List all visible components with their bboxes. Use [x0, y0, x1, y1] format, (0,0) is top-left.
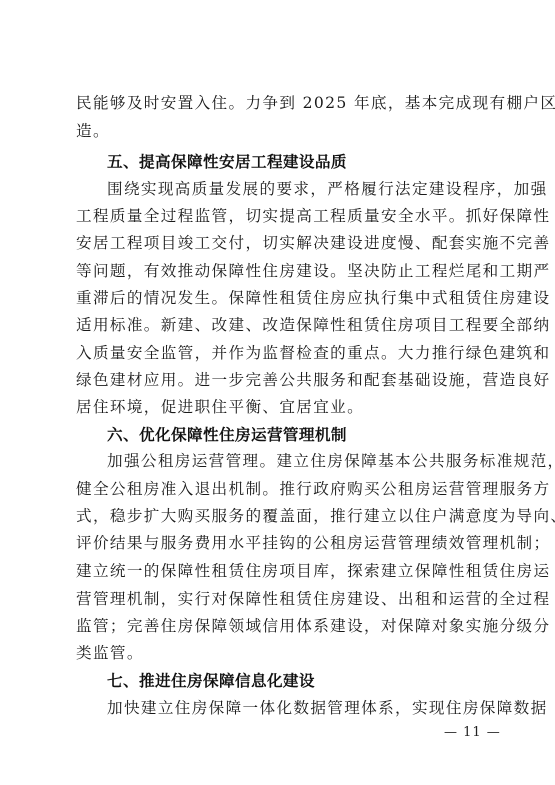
paragraph-line: 适用标准。新建、改建、改造保障性租赁住房项目工程要全部纳 [76, 315, 489, 335]
section-heading-7: 七、推进住房保障信息化建设 [107, 671, 315, 691]
section-heading-5: 五、提高保障性安居工程建设品质 [107, 152, 347, 172]
paragraph-line: 营管理机制，实行对保障性租赁住房建设、出租和运营的全过程 [76, 589, 489, 609]
paragraph-line: 加快建立住房保障一体化数据管理体系，实现住房保障数据 [107, 698, 489, 718]
paragraph-line: 健全公租房准入退出机制。推行政府购买公租房运营管理服务方 [76, 479, 489, 499]
paragraph-line: 建立统一的保障性租赁住房项目库，探索建立保障性租赁住房运 [76, 561, 489, 581]
paragraph-line: 监管；完善住房保障领域信用体系建设，对保障对象实施分级分 [76, 616, 489, 636]
paragraph-line: 入质量安全监管，并作为监督检查的重点。大力推行绿色建筑和 [76, 343, 489, 363]
paragraph-line: 工程质量全过程监管，切实提高工程质量安全水平。抓好保障性 [76, 206, 489, 226]
paragraph-line: 居住环境，促进职住平衡、宜居宜业。 [76, 397, 489, 417]
paragraph-line: 加强公租房运营管理。建立住房保障基本公共服务标准规范， [107, 451, 489, 471]
paragraph-line: 评价结果与服务费用水平挂钩的公租房运营管理绩效管理机制； [76, 533, 489, 553]
paragraph-line: 围绕实现高质量发展的要求，严格履行法定建设程序，加强 [107, 179, 489, 199]
paragraph-line: 绿色建材应用。进一步完善公共服务和配套基础设施，营造良好 [76, 370, 489, 390]
document-page: 民能够及时安置入住。力争到 2025 年底，基本完成现有棚户区改 造。 五、提高… [0, 0, 555, 785]
paragraph-line: 重滞后的情况发生。保障性租赁住房应执行集中式租赁住房建设 [76, 288, 489, 308]
paragraph-line: 类监管。 [76, 643, 489, 663]
page-number: — 11 — [444, 723, 501, 743]
paragraph-line: 等问题，有效推动保障性住房建设。坚决防止工程烂尾和工期严 [76, 261, 489, 281]
paragraph-line: 民能够及时安置入住。力争到 2025 年底，基本完成现有棚户区改 [76, 93, 489, 113]
section-heading-6: 六、优化保障性住房运营管理机制 [107, 425, 347, 445]
paragraph-line: 式，稳步扩大购买服务的覆盖面，推行建立以住户满意度为导向、 [76, 506, 489, 526]
paragraph-line: 造。 [76, 121, 489, 141]
paragraph-line: 安居工程项目竣工交付，切实解决建设进度慢、配套实施不完善 [76, 233, 489, 253]
